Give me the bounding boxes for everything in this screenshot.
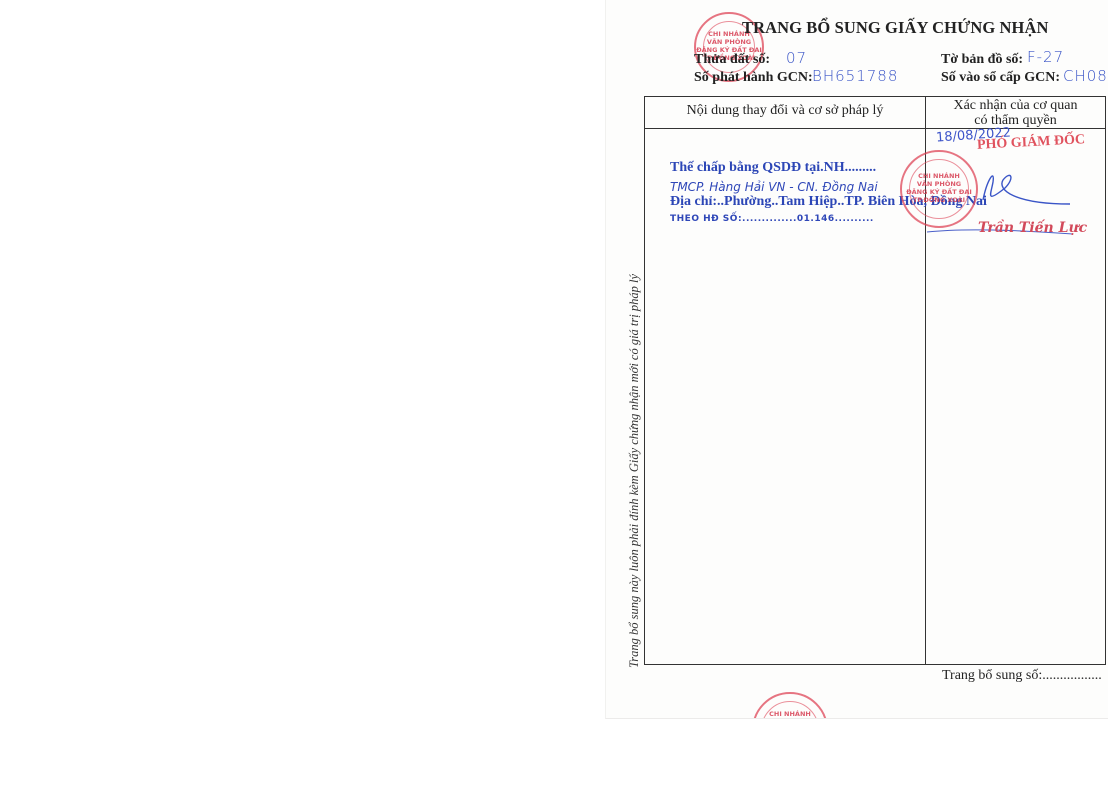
seal-line: TP.ĐỒNG XOÀI [902,196,976,204]
certificate-serial-value: BH651788 [812,67,898,85]
seal-line: ĐĂNG KÝ ĐẤT ĐAI [902,188,976,196]
registry-number-value: CH081 [1063,67,1108,85]
seal-line: VĂN PHÒNG [696,38,762,46]
certificate-serial-label: Số phát hành GCN: [694,70,813,86]
header-changes-content: Nội dung thay đổi và cơ sở pháp lý [645,103,925,119]
supplement-page-number: Trang bổ sung số:................. [942,668,1102,684]
parcel-number-label: Thửa đất số: [694,52,770,68]
registry-number-label: Số vào sổ cấp GCN: [941,70,1060,86]
signer-name: Trần Tiến Lực [978,220,1087,236]
parcel-number-value: 07 [786,49,807,67]
contract-line: THEO HĐ SỐ:..............01.146.........… [670,214,874,224]
header-authority-confirmation: Xác nhận của cơ quan có thẩm quyền [926,98,1105,128]
seal-line: CHI NHÁNH [754,710,826,718]
map-sheet-label: Tờ bản đồ số: [941,52,1023,68]
header-divider [645,128,1105,129]
mortgage-line: Thế chấp bằng QSDĐ tại.NH......... [670,160,876,176]
header-line: có thẩm quyền [926,113,1105,128]
map-sheet-value: F-27 [1027,48,1064,66]
seal-line: CHI NHÁNH [902,172,976,180]
header-line: Xác nhận của cơ quan [926,98,1105,113]
signature-icon [975,160,1075,220]
official-seal-confirmation: CHI NHÁNH VĂN PHÒNG ĐĂNG KÝ ĐẤT ĐAI TP.Đ… [900,150,978,228]
bottom-seal-clip: CHI NHÁNH [700,680,880,718]
side-legal-note: Trang bổ sung này luôn phải đính kèm Giấ… [627,274,642,668]
document-title: TRANG BỔ SUNG GIẤY CHỨNG NHẬN [742,18,1048,38]
official-seal-bottom: CHI NHÁNH [752,692,828,718]
bank-line: TMCP. Hàng Hải VN - CN. Đồng Nai [670,180,878,194]
seal-line: VĂN PHÒNG [902,180,976,188]
